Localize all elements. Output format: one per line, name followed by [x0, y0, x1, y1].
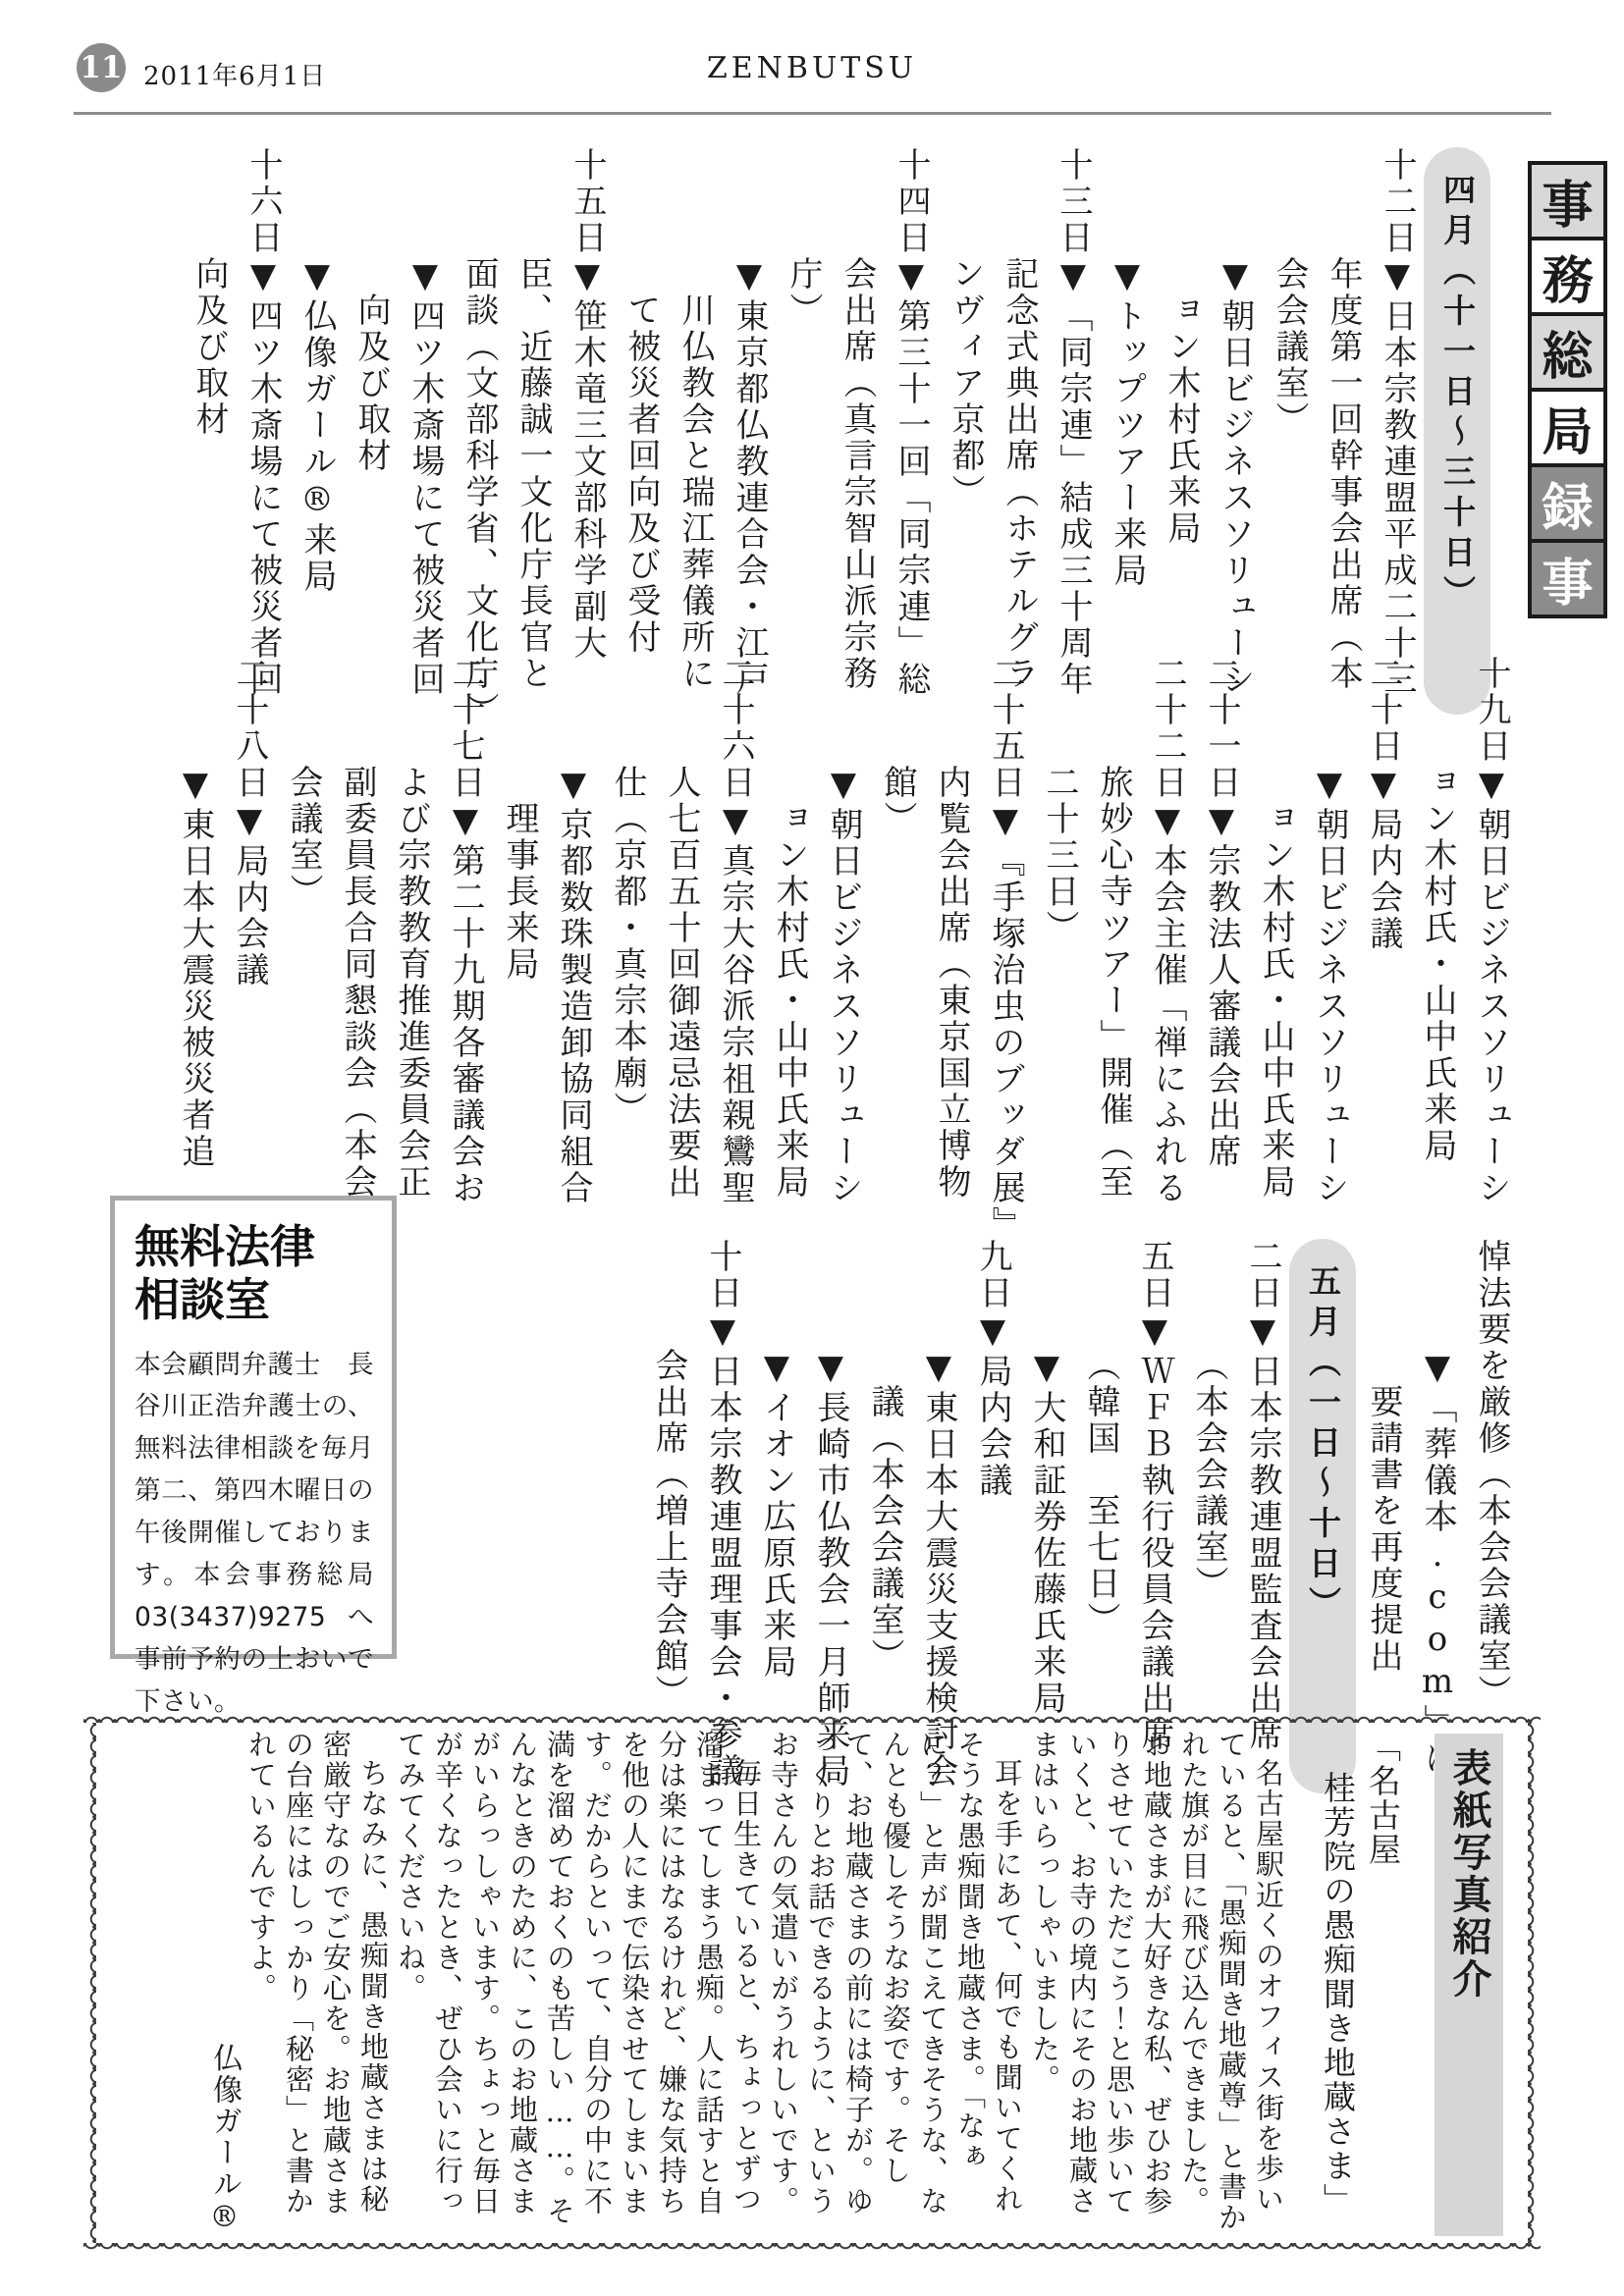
diary-entry: 二十一日▼宗教法人審議会出席: [1194, 656, 1248, 1227]
section-title-char: 事: [1528, 539, 1607, 618]
diary-entry: 十三日▼「同宗連」結成三十周年記念式典出席（ホテルグランヴィア京都）: [938, 147, 1100, 715]
cover-photo-heading-line1: 「名古屋: [1364, 1730, 1402, 1867]
lace-border-top: [83, 1710, 1541, 1723]
diary-entry: 十二日▼日本宗教連盟平成二十三年度第一回幹事会出席（本会会議室）: [1262, 147, 1424, 715]
cover-photo-intro-title: 表紙写真紹介: [1435, 1734, 1503, 2236]
cover-photo-intro-box: 表紙写真紹介 「名古屋 桂芳院の愚痴聞き地蔵さま」 名古屋駅近くのオフィス街を歩…: [83, 1710, 1541, 2256]
diary-entry: 十五日▼笹木竜三文部科学副大臣、近藤誠一文化庁長官と面談（文部科学省、文化庁）: [452, 147, 614, 715]
month-capsule-april: 四月（十一日～三十日）: [1424, 147, 1490, 715]
legal-box-title-line2: 相談室: [135, 1273, 270, 1326]
diary-entry: 十六日▼四ツ木斎場にて被災者回向及び取材: [182, 147, 290, 715]
newspaper-page: { "page": { "number": "11", "date": "201…: [0, 0, 1624, 2296]
diary-entry: ▼四ツ木斎場にて被災者回向及び取材: [344, 147, 452, 715]
cover-photo-heading-line2: 桂芳院の愚痴聞き地蔵さま」: [1315, 1730, 1360, 2236]
header-rule: [74, 112, 1551, 115]
diary-entry: ▼朝日ビジネスソリューション木村氏・山中氏来局: [762, 656, 870, 1227]
diary-entry: 二十六日▼真宗大谷派宗祖親鸞聖人七百五十回御遠忌法要出仕（京都・真宗本廟）: [600, 656, 762, 1227]
legal-consultation-box: 無料法律 相談室 本会顧問弁護士 長谷川正浩弁護士の、無料法律相談を毎月第二、第…: [110, 1196, 397, 1659]
diary-entry: ▼朝日ビジネスソリューション木村氏・山中氏来局: [1248, 656, 1356, 1227]
essay-paragraph: 毎日生きていると、ちょっとずつ溜まってしまう愚痴。人に話すと自分は楽にはなるけれ…: [392, 1730, 765, 2236]
section-title-char: 録: [1528, 463, 1607, 543]
diary-entry: ▼仏像ガール®来局: [290, 147, 344, 715]
diary-entry: ▼朝日ビジネスソリューション木村氏来局: [1154, 147, 1262, 715]
section-title-char: 局: [1528, 388, 1607, 467]
section-title-jimusoukyoku-rokuji: 事務総局録事: [1528, 165, 1606, 618]
lace-border-left: [83, 1723, 96, 2243]
diary-entry: ▼東日本大震災被災者追: [168, 656, 222, 1227]
diary-entry: 二十日▼局内会議: [1356, 656, 1410, 1227]
diary-entry: 二十八日▼局内会議: [222, 656, 276, 1227]
essay-paragraph: ちなみに、愚痴聞き地蔵さまは秘密厳守なのでご安心を。お地蔵さまの台座にはしっかり…: [243, 1730, 392, 2236]
legal-box-body: 本会顧問弁護士 長谷川正浩弁護士の、無料法律相談を毎月第二、第四木曜日の午後開催…: [135, 1345, 374, 1724]
diary-entry: ▼トップツアー来局: [1100, 147, 1154, 715]
cover-photo-heading: 「名古屋 桂芳院の愚痴聞き地蔵さま」: [1315, 1730, 1405, 2236]
diary-entry: 二十二日▼本会主催「禅にふれる旅妙心寺ツアー」開催（至二十三日）: [1032, 656, 1194, 1227]
legal-box-title-line1: 無料法律: [135, 1220, 315, 1273]
diary-band-april-first: 四月（十一日～三十日） 十二日▼日本宗教連盟平成二十三年度第一回幹事会出席（本会…: [110, 147, 1490, 715]
diary-entry: ▼東京都仏教連合会・江戸川仏教会と瑞江葬儀所にて被災者回向及び受付: [614, 147, 776, 715]
diary-band-april-second: 十九日▼朝日ビジネスソリューション木村氏・山中氏来局二十日▼局内会議▼朝日ビジネ…: [110, 656, 1518, 1227]
diary-entry: 二十五日▼『手塚治虫のブッダ展』内覧会出席（東京国立博物館）: [870, 656, 1032, 1227]
cover-photo-intro-content: 表紙写真紹介 「名古屋 桂芳院の愚痴聞き地蔵さま」 名古屋駅近くのオフィス街を歩…: [109, 1730, 1515, 2236]
section-title-char: 事: [1528, 161, 1607, 240]
essay-signature: 仏像ガール®: [205, 1730, 243, 2236]
masthead-title: ZENBUTSU: [0, 51, 1624, 85]
diary-entry: 十九日▼朝日ビジネスソリューション木村氏・山中氏来局: [1410, 656, 1518, 1227]
lace-border-right: [1528, 1723, 1541, 2243]
diary-entry: 十四日▼第三十一回「同宗連」総会出席（真言宗智山派宗務庁）: [776, 147, 938, 715]
essay-paragraph: 名古屋駅近くのオフィス街を歩いていると、「愚痴聞き地蔵尊」と書かれた旗が目に飛び…: [1026, 1730, 1287, 2236]
section-title-char: 総: [1528, 312, 1607, 392]
diary-entry: ▼京都数珠製造卸協同組合理事長来局: [492, 656, 600, 1227]
lace-border-bottom: [83, 2243, 1541, 2256]
legal-box-title: 無料法律 相談室: [135, 1220, 374, 1327]
essay-paragraph: 耳を手にあて、何でも聞いてくれそうな愚痴聞き地蔵さま。「なぁに？」と声が聞こえて…: [765, 1730, 1026, 2236]
section-title-char: 務: [1528, 237, 1607, 316]
diary-entry: 二十七日▼第二十九期各審議会および宗教教育推進委員会正副委員長合同懇談会（本会会…: [276, 656, 492, 1227]
